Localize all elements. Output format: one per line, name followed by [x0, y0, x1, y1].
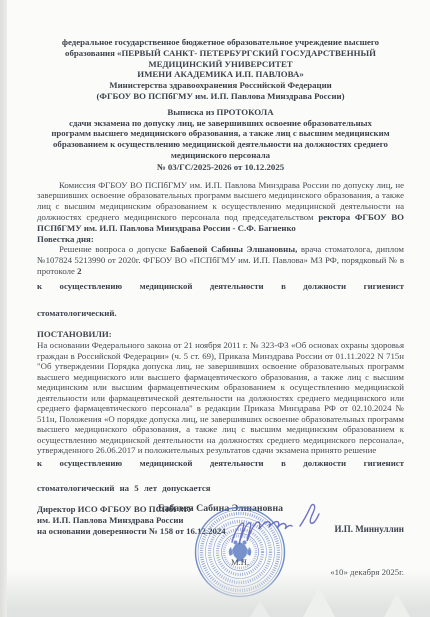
agenda-text-1: Решение вопроса о допуске — [59, 244, 167, 254]
agenda-label: Повестка дня: — [37, 234, 404, 245]
subtitle-line: образованием к осуществлению медицинской… — [37, 139, 404, 150]
paper-fold-highlight — [250, 601, 270, 617]
resolved-label: ПОСТАНОВИЛИ: — [37, 329, 404, 340]
document-content: федеральное государственное бюджетное об… — [7, 0, 430, 514]
final-admission-line-1: к осуществлению медицинской деятельности… — [37, 457, 404, 483]
paper-fold-highlight — [384, 593, 410, 617]
org-header-line: федеральное государственное бюджетное об… — [37, 37, 404, 48]
agenda-person-name: Бабаевой Сабины Элшановны, — [170, 244, 297, 254]
document-subtitle: сдачи экзамена по допуску лиц, не заверш… — [37, 118, 404, 161]
subtitle-line: медицинского персонала — [37, 150, 404, 161]
scanned-document-page: { "org": { "header_lines": [ "федерально… — [0, 0, 430, 617]
scan-bottom-shadow — [7, 571, 430, 617]
admission-line-2: стоматологический. — [37, 307, 404, 321]
stamp-place-label: М.П. — [231, 557, 249, 567]
org-header-line: ИМЕНИ АКАДЕМИКА И.П. ПАВЛОВА» — [37, 69, 404, 80]
agenda-protocol-order-number: 2 — [77, 266, 81, 276]
handwritten-signature — [220, 494, 330, 552]
protocol-number: № 03/ГС/2025-2026 от 10.12.2025 — [37, 162, 404, 173]
document-title: Выписка из ПРОТОКОЛА — [37, 107, 404, 118]
signature-stroke-icon — [220, 494, 330, 552]
signer-name: И.П. Миннуллин — [334, 524, 404, 534]
commission-paragraph: Комиссия ФГБОУ ВО ПСПбГМУ им. И.П. Павло… — [37, 180, 404, 234]
paper-fold-highlight — [303, 587, 335, 617]
org-header-line: (ФГБОУ ВО ПСПбГМУ им. И.П. Павлова Минзд… — [37, 91, 404, 102]
final-admission-line-2: стоматологический на 5 лет допускается — [37, 483, 404, 494]
subtitle-line: программ высшего медицинского образовани… — [37, 128, 404, 139]
subtitle-line: сдачи экзамена по допуску лиц, не заверш… — [37, 118, 404, 129]
admission-line-1: к осуществлению медицинской деятельности… — [37, 280, 404, 307]
org-header-line: образования «ПЕРВЫЙ САНКТ- ПЕТЕРБУРГСКИЙ… — [37, 48, 404, 59]
org-header-line: Министерства здравоохранения Российской … — [37, 80, 404, 91]
resolution-paragraph: На основании Федерального закона от 21 н… — [37, 340, 404, 456]
organization-header: федеральное государственное бюджетное об… — [37, 37, 404, 102]
document-page: федеральное государственное бюджетное об… — [7, 0, 430, 617]
agenda-paragraph: Решение вопроса о допуске Бабаевой Сабин… — [37, 244, 404, 276]
scan-edge — [0, 0, 7, 617]
org-header-line: МЕДИЦИНСКИЙ УНИВЕРСИТЕТ — [37, 59, 404, 70]
